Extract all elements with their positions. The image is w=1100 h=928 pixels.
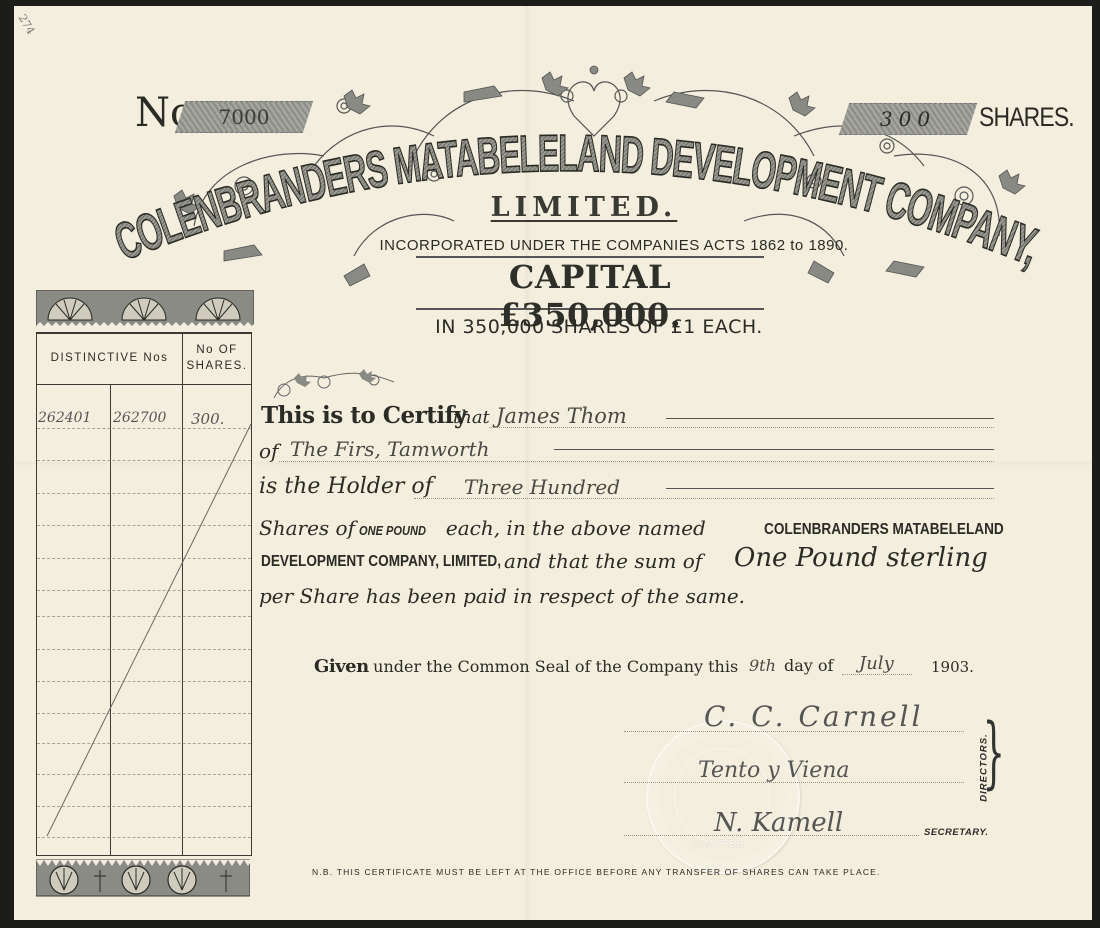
that-text: that — [453, 407, 490, 428]
shares-clause-line1: Shares of ONE POUND each, in the above n… — [259, 516, 706, 540]
holder-address: The Firs, Tamworth — [290, 437, 490, 461]
and-that-text: and that the sum of — [504, 549, 702, 573]
holder-name-line — [489, 427, 994, 428]
directors-label: DIRECTORS. — [979, 723, 990, 813]
holder-name: James Thom — [496, 404, 627, 428]
day-of-text: day of — [784, 656, 833, 675]
register-cancel-stroke — [37, 334, 253, 858]
company-limited: LIMITED. — [484, 192, 684, 223]
ornamental-border-bottom-icon — [36, 854, 250, 900]
given-day: 9th — [749, 656, 776, 675]
share-register-table: DISTINCTIVE Nos No OF SHARES. 262401 262… — [36, 332, 252, 856]
company-name-line2: DEVELOPMENT COMPANY, LIMITED, — [261, 553, 501, 571]
secretary-line — [624, 835, 919, 836]
certify-heading: This is to Certify — [261, 402, 467, 429]
seal-text: LIMITED — [692, 839, 746, 850]
holder-address-rule — [554, 449, 994, 450]
director-line-2 — [624, 782, 964, 783]
one-pound-text: ONE POUND — [359, 523, 436, 538]
of-text: of — [259, 439, 278, 463]
holder-phrase: is the Holder of — [259, 474, 433, 499]
holder-address-line — [279, 461, 994, 462]
sum-paid: One Pound sterling — [734, 543, 988, 573]
transfer-note: N.B. THIS CERTIFICATE MUST BE LEFT AT TH… — [312, 867, 881, 877]
month-line — [842, 674, 912, 675]
ornamental-border-top-icon — [36, 290, 254, 334]
share-quantity-line — [414, 498, 994, 499]
given-year: 1903. — [931, 658, 974, 676]
share-quantity-rule — [666, 488, 994, 489]
director-line-1 — [624, 731, 964, 732]
given-line: Given under the Common Seal of the Compa… — [314, 656, 738, 677]
payment-clause: per Share has been paid in respect of th… — [259, 584, 745, 608]
given-month: July — [859, 653, 894, 674]
secretary-signature: N. Kamell — [714, 808, 843, 838]
secretary-label: SECRETARY. — [924, 827, 988, 838]
incorporation-note: INCORPORATED UNDER THE COMPANIES ACTS 18… — [314, 237, 914, 254]
share-structure: IN 350,000 SHARES OF £1 EACH. — [314, 316, 884, 338]
holder-name-rule — [666, 418, 994, 419]
director-signature-1: C. C. Carnell — [704, 700, 923, 733]
share-quantity-words: Three Hundred — [464, 475, 620, 499]
company-name-line1: COLENBRANDERS MATABELELAND — [764, 521, 1004, 539]
director-signature-2: Tento y Viena — [698, 758, 850, 783]
certificate-paper: 274 — [14, 6, 1092, 920]
